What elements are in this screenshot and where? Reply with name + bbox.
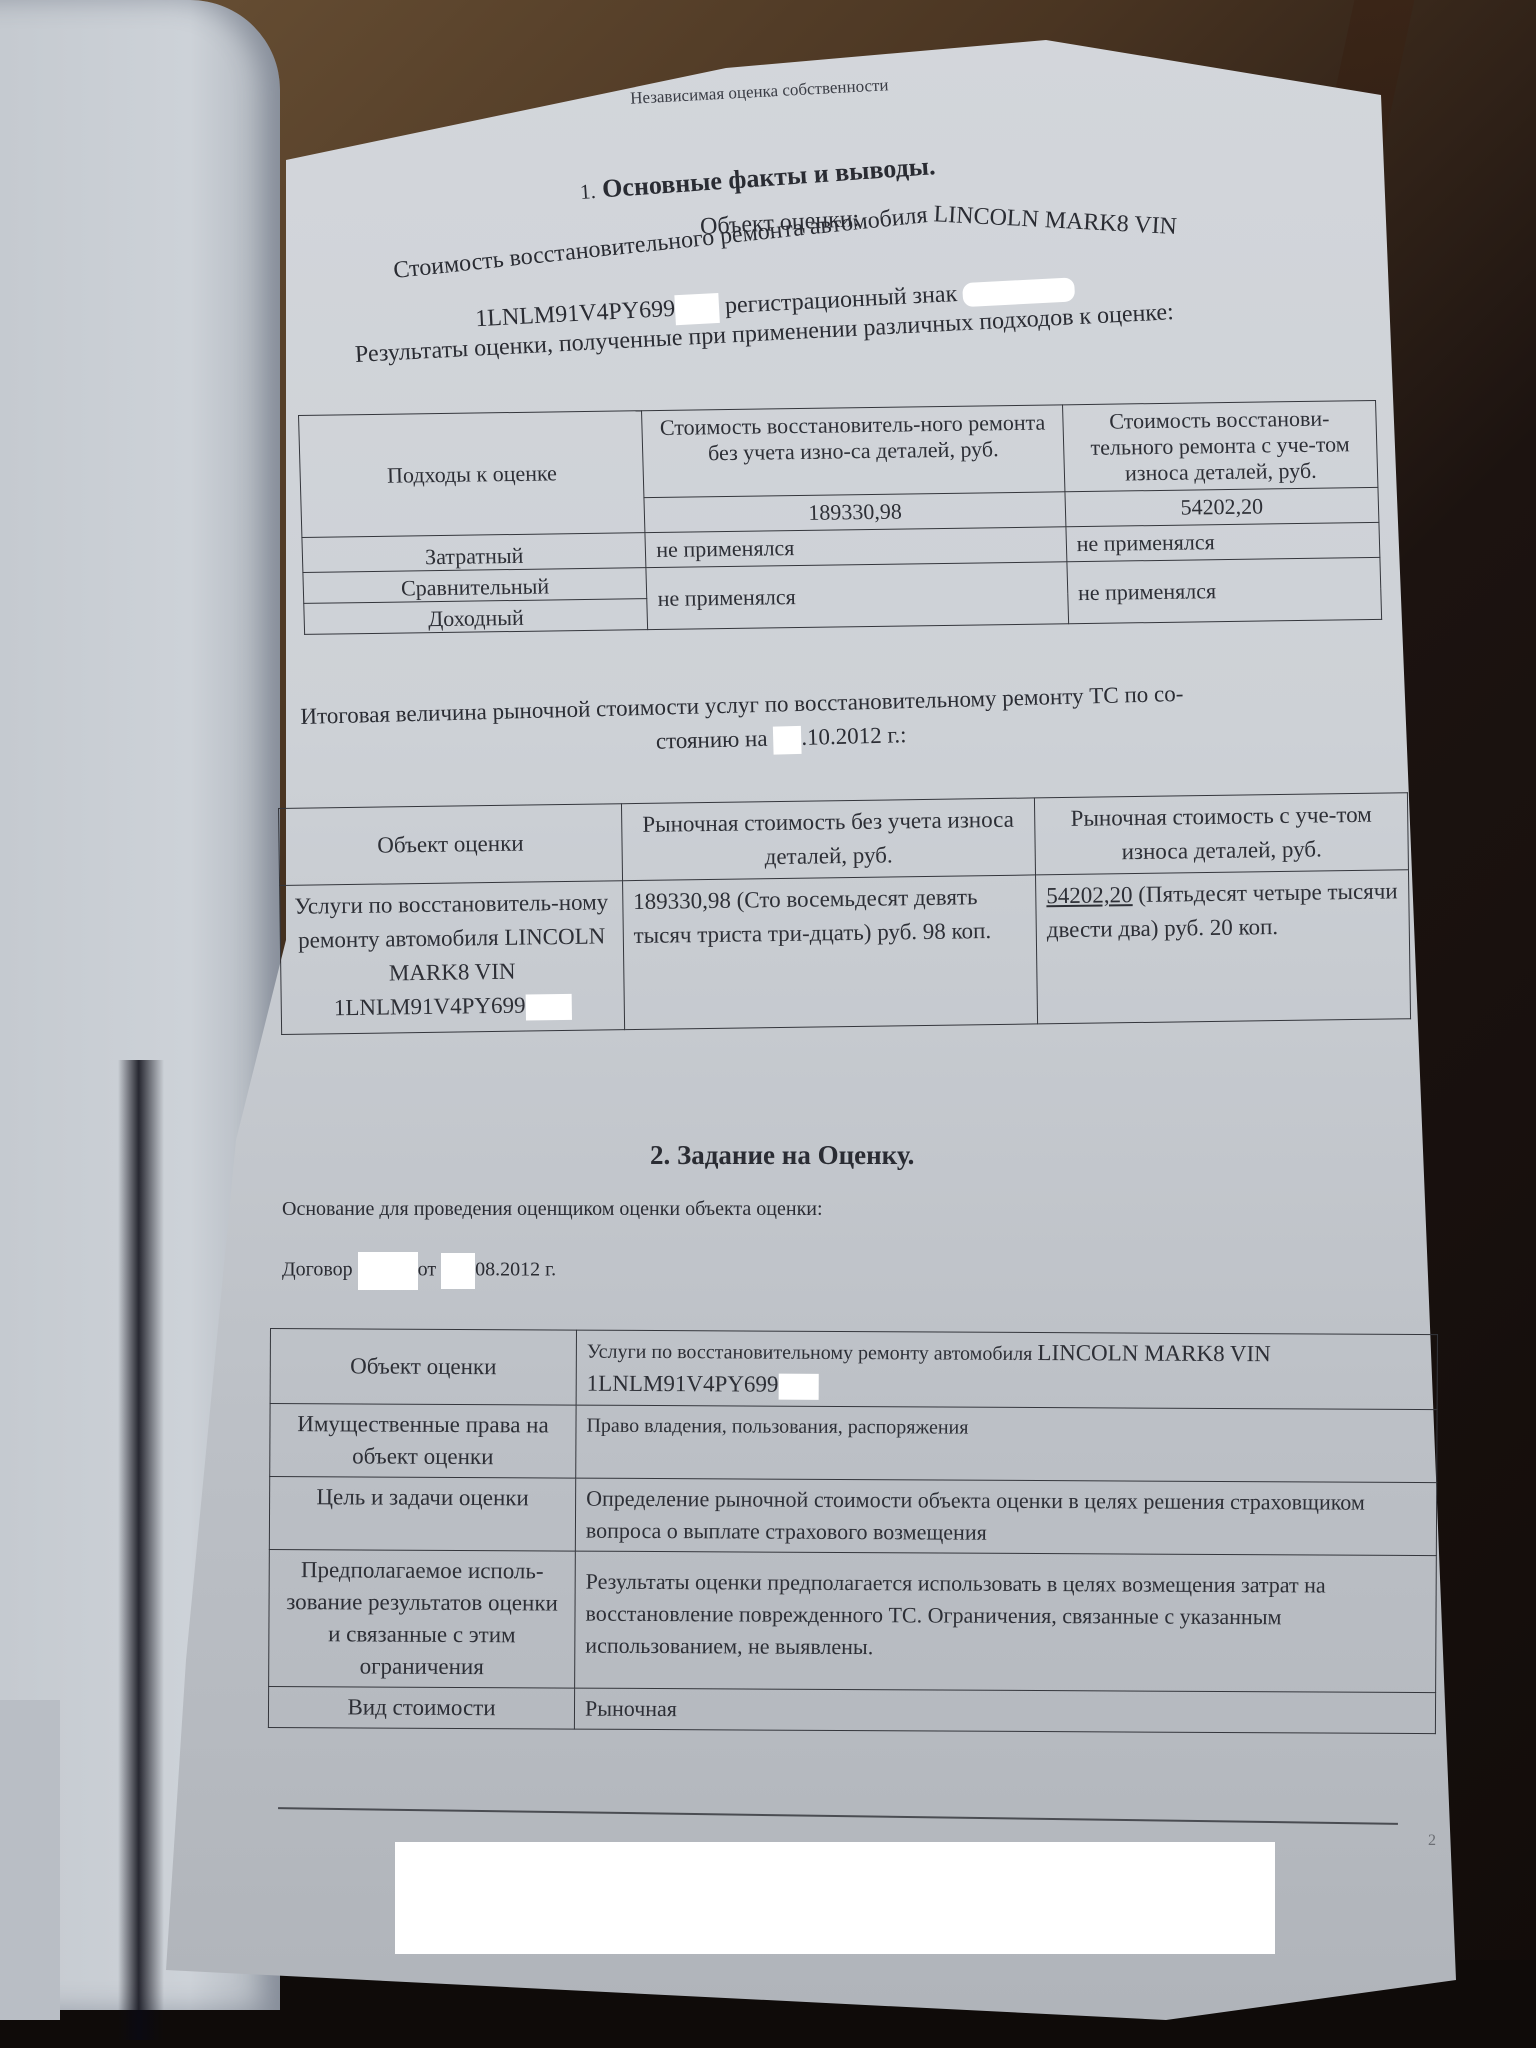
object-car-model: LINCOLN MARK8 VIN [933, 201, 1178, 241]
redaction-box-footer [395, 1842, 1275, 1954]
redaction-box [358, 1252, 418, 1290]
redaction-box [525, 994, 571, 1021]
table-header-cell: Подходы к оценке [299, 411, 646, 538]
table-row: Имущественные права на объект оценки Пра… [270, 1404, 1437, 1483]
redaction-box [441, 1253, 475, 1289]
section-2-title: 2. Задание на Оценку. [650, 1140, 914, 1171]
redaction-box [773, 726, 802, 755]
table-row: Цель и задачи оценки Определение рыночно… [269, 1477, 1436, 1556]
table-header-cell: Стоимость восстанови-тельного ремонта с … [1062, 400, 1378, 491]
contract-line: Договор от 08.2012 г. [282, 1252, 556, 1290]
table-header-cell: Рыночная стоимость без учета износа дета… [621, 798, 1035, 881]
table-cell-value: 189330,98 [644, 492, 1065, 533]
contract-from: от [418, 1259, 441, 1281]
table-row: Услуги по восстановитель-ному ремонту ав… [280, 870, 1411, 1035]
table-cell-value: 54202,20 [1065, 487, 1379, 526]
table-row: Предполагаемое исполь-зование результато… [269, 1549, 1437, 1692]
table-cell-key: Имущественные права на объект оценки [270, 1404, 576, 1479]
table-header-cell: Объект оценки [279, 804, 623, 886]
section-1-number: 1. [579, 179, 596, 204]
redaction-box [963, 277, 1076, 307]
table-cell-approach: Затратный [302, 533, 646, 573]
table-cell-value: Определение рыночной стоимости объекта о… [575, 1478, 1436, 1556]
value-with-wear: 54202,20 [1046, 882, 1133, 908]
table-header-cell: Стоимость восстановитель-ного ремонта бе… [642, 405, 1065, 498]
value-without-wear: 189330,98 [633, 888, 731, 914]
contract-date: 08.2012 г. [475, 1259, 556, 1281]
table-cell-key: Предполагаемое исполь-зование результато… [269, 1549, 576, 1688]
table-row: Вид стоимости Рыночная [268, 1686, 1435, 1733]
table-row: Объект оценки Услуги по восстановительно… [270, 1329, 1437, 1410]
summary-date-prefix: стоянию на [656, 726, 774, 754]
table-cell-value: Рыночная [574, 1688, 1435, 1734]
object-description-text: Стоимость восстановительного ремонта авт… [392, 201, 934, 284]
table-cell-object: Услуги по восстановитель-ному ремонту ав… [280, 881, 625, 1035]
approaches-table: Подходы к оценке Стоимость восстановител… [298, 400, 1382, 635]
object-description-line-1: Стоимость восстановительного ремонта авт… [392, 176, 1177, 285]
table-cell-approach: Сравнительный [303, 568, 647, 604]
section-1-title-text: Основные факты и выводы. [601, 151, 936, 203]
page-number: 2 [1428, 1832, 1436, 1850]
redaction-box [674, 293, 720, 325]
footer-divider [278, 1807, 1398, 1825]
contract-label: Договор [282, 1259, 358, 1281]
table-cell-value: Право владения, пользования, распоряжени… [576, 1405, 1437, 1483]
market-value-table: Объект оценки Рыночная стоимость без уче… [278, 792, 1411, 1035]
section-1-title: 1. Основные факты и выводы. [579, 151, 936, 206]
document-page: Независимая оценка собственности 1. Осно… [0, 0, 1536, 2048]
running-header: Независимая оценка собственности [630, 75, 889, 109]
table-cell-with-wear: 54202,20 (Пятьдесят четыре тысячи двести… [1036, 870, 1411, 1024]
table-cell: не применялся [1066, 522, 1380, 561]
table-cell: не применялся [645, 527, 1066, 568]
table-cell-without-wear: 189330,98 (Сто восемьдесят девять тысяч … [622, 875, 1037, 1030]
table-cell-key: Объект оценки [270, 1329, 576, 1406]
table-header-cell: Рыночная стоимость с уче-том износа дета… [1034, 793, 1408, 875]
summary-date-suffix: .10.2012 г.: [801, 722, 907, 750]
basis-label: Основание для проведения оценщиком оценк… [282, 1198, 823, 1221]
summary-text: Итоговая величина рыночной стоимости усл… [300, 672, 1381, 768]
redaction-box [778, 1374, 818, 1400]
table-cell-approach: Доходный [304, 599, 648, 635]
assignment-table: Объект оценки Услуги по восстановительно… [268, 1328, 1438, 1734]
table-cell-key: Вид стоимости [268, 1686, 574, 1729]
table-cell: не применялся [646, 562, 1068, 630]
table-cell-key: Цель и задачи оценки [269, 1477, 575, 1552]
table-header-row: Подходы к оценке Стоимость восстановител… [299, 400, 1378, 502]
table-cell-value: Услуги по восстановительному ремонту авт… [576, 1330, 1437, 1410]
table-cell: не применялся [1067, 557, 1382, 623]
table-cell-value: Результаты оценки предполагается использ… [575, 1551, 1437, 1693]
value-text: Услуги по восстановительному ремонту авт… [587, 1341, 1038, 1365]
photo-scene: Независимая оценка собственности 1. Осно… [0, 0, 1536, 2048]
